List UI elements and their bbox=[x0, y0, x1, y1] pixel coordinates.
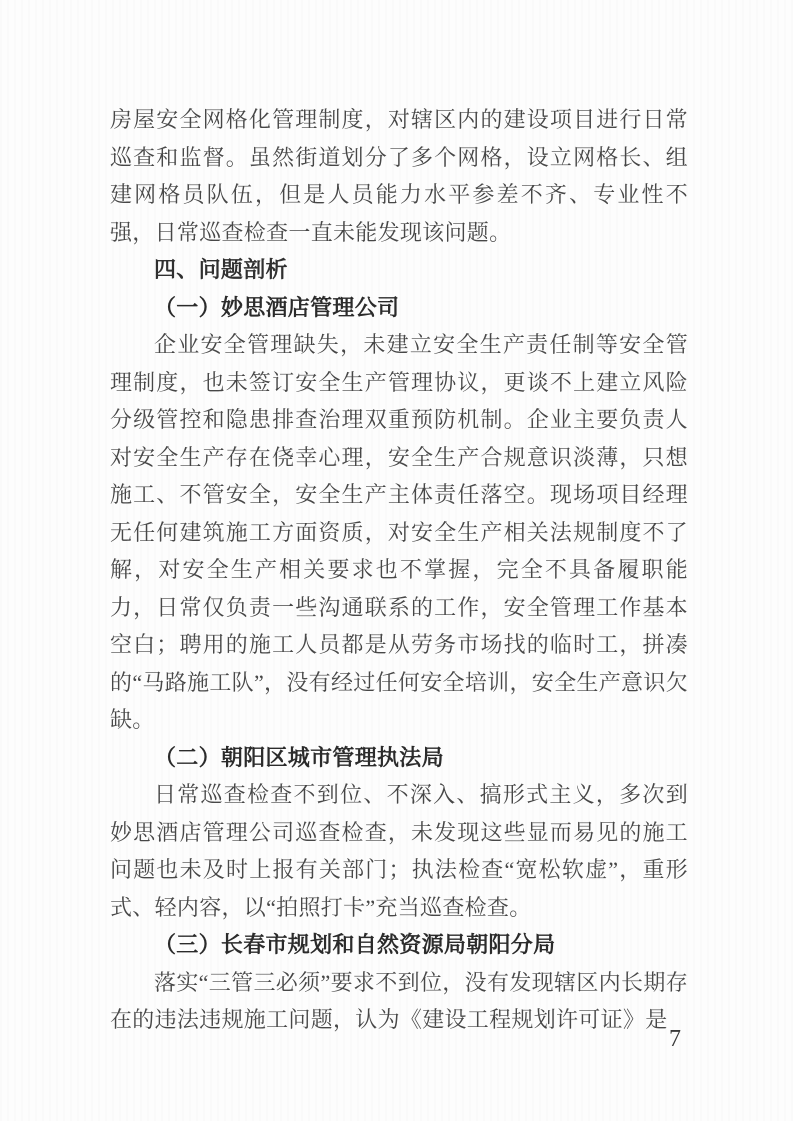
section-heading-problem-analysis: 四、问题剖析 bbox=[110, 251, 688, 289]
page-content: 房屋安全网格化管理制度，对辖区内的建设项目进行日常巡查和监督。虽然街道划分了多个… bbox=[110, 101, 688, 1039]
subsection-3-paragraph: 落实“三管三必须”要求不到位，没有发现辖区内长期存在的违法违规施工问题，认为《建… bbox=[110, 964, 688, 1039]
subsection-3-title: （三）长春市规划和自然资源局朝阳分局 bbox=[110, 926, 688, 964]
subsection-1-title: （一）妙思酒店管理公司 bbox=[110, 289, 688, 327]
page-number: 7 bbox=[662, 1024, 688, 1054]
continuation-paragraph: 房屋安全网格化管理制度，对辖区内的建设项目进行日常巡查和监督。虽然街道划分了多个… bbox=[110, 101, 688, 251]
subsection-2-title: （二）朝阳区城市管理执法局 bbox=[110, 739, 688, 777]
document-page: 房屋安全网格化管理制度，对辖区内的建设项目进行日常巡查和监督。虽然街道划分了多个… bbox=[0, 0, 793, 1121]
subsection-2-paragraph: 日常巡查检查不到位、不深入、搞形式主义，多次到妙思酒店管理公司巡查检查，未发现这… bbox=[110, 776, 688, 926]
subsection-1-paragraph: 企业安全管理缺失，未建立安全生产责任制等安全管理制度，也未签订安全生产管理协议，… bbox=[110, 326, 688, 739]
